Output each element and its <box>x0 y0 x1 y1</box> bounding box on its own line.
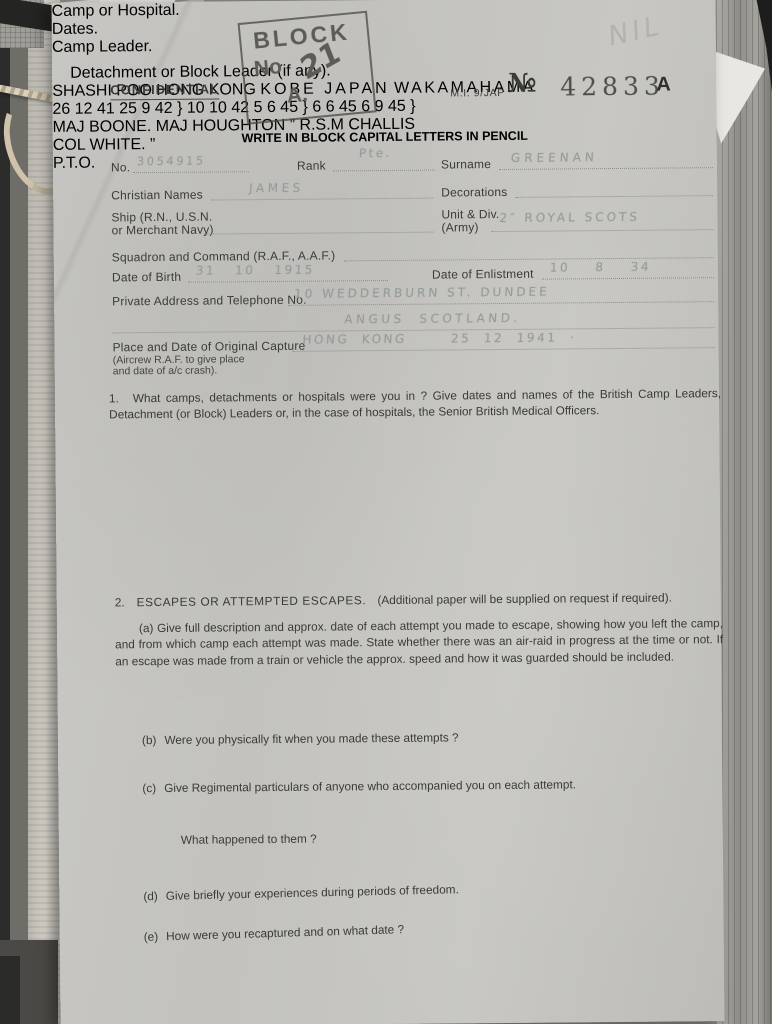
field-value-capture: HONG KONG 25 12 1941 · <box>302 330 577 346</box>
field-label-christian-names: Christian Names <box>111 188 203 203</box>
question-2d-label: (d) <box>143 889 158 903</box>
field-value-christian-names: JAMES <box>249 181 304 195</box>
field-label-decorations: Decorations <box>441 185 507 200</box>
stamp-text: A. <box>286 83 309 109</box>
field-label-capture-sub-2: and date of a/c crash). <box>113 364 218 377</box>
question-2-number: 2. <box>115 595 125 609</box>
stamp-text: No <box>253 55 283 82</box>
date-entry: 26 12 41 <box>52 100 114 118</box>
field-value-enlistment: 10 8 34 <box>549 260 651 275</box>
field-value-address-1: 10 WEDDERBURN ST. DUNDEE <box>294 285 550 301</box>
question-2a-text: Give full description and approx. date o… <box>115 616 723 668</box>
field-label-no: No. <box>111 160 130 174</box>
detachment-entry: COL WHITE. <box>53 136 146 154</box>
question-2e-text: How were you recaptured and on what date… <box>166 922 404 943</box>
handwritten-brace: } <box>410 98 415 115</box>
question-2c-sub: What happened to them ? <box>181 831 317 848</box>
form-instruction-text: WRITE IN BLOCK CAPITAL LETTERS IN PENCIL <box>242 129 528 145</box>
question-2b-text: Were you physically fit when you made th… <box>164 730 458 747</box>
leader-entry: MAJ BOONE. <box>53 118 152 136</box>
field-line-christian-names <box>211 178 433 201</box>
question-2e: (e)How were you recaptured and on what d… <box>143 921 404 945</box>
question-2a-label: (a) <box>139 621 154 635</box>
field-line-ship <box>203 212 433 235</box>
field-line-decorations <box>515 175 713 198</box>
confidential-marking: CONFIDENTIAL <box>110 81 219 100</box>
question-2a: (a) Give full description and approx. da… <box>115 615 723 669</box>
field-label-enlistment: Date of Enlistment <box>432 267 534 282</box>
question-1-text: What camps, detachments or hospitals wer… <box>109 386 721 422</box>
question-2c-label: (c) <box>142 781 156 795</box>
field-label-surname: Surname <box>441 157 491 171</box>
page-stack-edge <box>716 0 772 1024</box>
question-2-note: (Additional paper will be supplied on re… <box>377 591 672 608</box>
photo-scene: CONFIDENTIAL BLOCK No A. 21 NIL M.I. 9/J… <box>0 0 772 1024</box>
serial-number-stamp: 42833 <box>560 72 665 102</box>
question-2b-label: (b) <box>142 733 157 747</box>
field-label-ship-2: or Merchant Navy) <box>111 223 213 238</box>
field-value-surname: GREENAN <box>510 150 598 165</box>
cover-bottom-edge <box>0 956 20 1024</box>
question-2e-label: (e) <box>144 929 159 943</box>
form-instruction: WRITE IN BLOCK CAPITAL LETTERS IN PENCIL <box>185 126 585 147</box>
question-2d: (d)Give briefly your experiences during … <box>143 881 459 904</box>
field-label-dob: Date of Birth <box>112 270 181 285</box>
number-symbol: № <box>508 69 537 99</box>
field-value-address-2: ANGUS SCOTLAND. <box>344 311 521 327</box>
date-entry: 25 9 42 <box>119 100 173 117</box>
question-2c: (c)Give Regimental particulars of anyone… <box>142 776 576 796</box>
question-2c-text: Give Regimental particulars of anyone wh… <box>164 777 576 795</box>
serial-suffix: A <box>656 74 671 97</box>
ditto-mark: ” <box>150 136 155 153</box>
question-2-title: ESCAPES OR ATTEMPTED ESCAPES. <box>137 593 367 609</box>
question-2b: (b)Were you physically fit when you made… <box>142 729 459 748</box>
document-page: CONFIDENTIAL BLOCK No A. 21 NIL M.I. 9/J… <box>52 0 725 1024</box>
question-1: 1.What camps, detachments or hospitals w… <box>109 385 721 423</box>
question-2d-text: Give briefly your experiences during per… <box>166 882 459 903</box>
field-value-unit: 2″ ROYAL SCOTS <box>499 210 640 225</box>
handwritten-brace: } <box>177 100 182 117</box>
field-value-dob: 31 10 1915 <box>195 263 315 278</box>
field-label-address: Private Address and Telephone No. <box>112 293 307 309</box>
date-entry: 10 10 42 <box>187 99 249 117</box>
question-2-heading: 2.ESCAPES OR ATTEMPTED ESCAPES. (Additio… <box>115 589 721 611</box>
form-reference: M.I. 9/JAP <box>450 87 505 99</box>
field-value-no: 3054915 <box>137 154 207 169</box>
field-label-capture: Place and Date of Original Capture <box>112 339 305 355</box>
block-number-stamp: BLOCK No A. 21 <box>238 11 377 125</box>
field-label-unit-2: (Army) <box>441 220 478 234</box>
field-value-rank: Pte. <box>358 146 392 160</box>
field-label-rank: Rank <box>297 159 326 173</box>
question-1-number: 1. <box>109 391 119 405</box>
